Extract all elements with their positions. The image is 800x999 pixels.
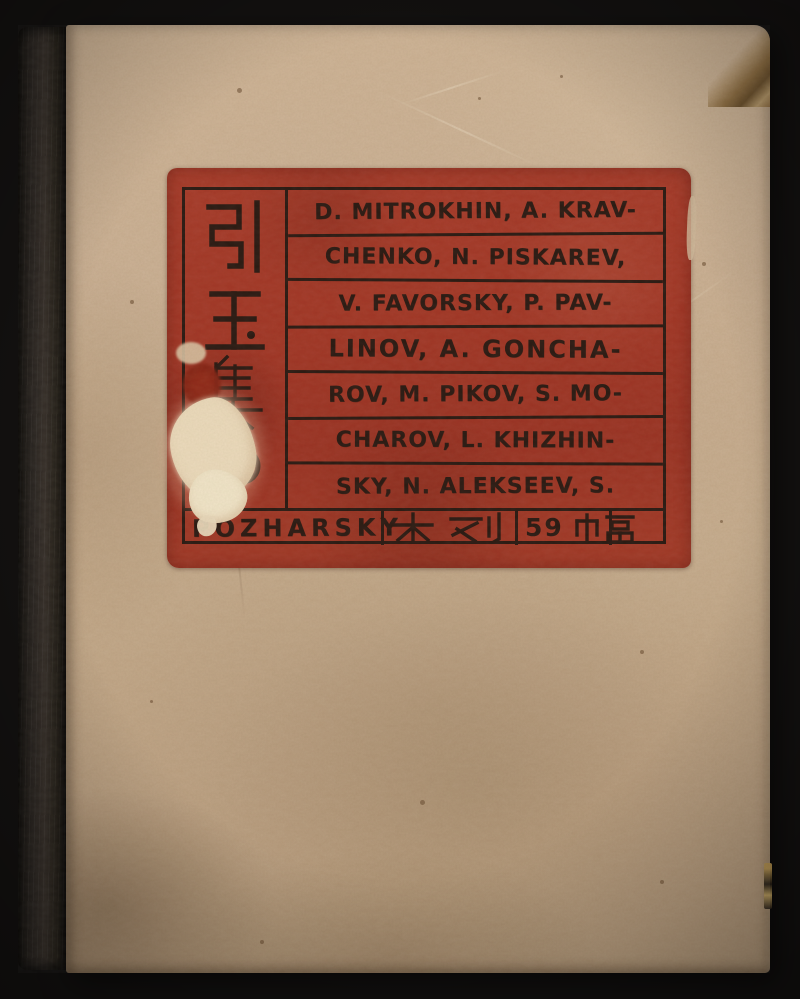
foxing-speck bbox=[660, 880, 664, 884]
artist-row: SKY, N. ALEKSEEV, S. bbox=[288, 464, 663, 508]
book: D. MITROKHIN, A. KRAV- CHENKO, N. PISKAR… bbox=[18, 25, 770, 973]
label-torn-edge bbox=[686, 196, 697, 260]
artist-row: V. FAVORSKY, P. PAV- bbox=[288, 281, 663, 328]
artist-row: D. MITROKHIN, A. KRAV- bbox=[288, 189, 663, 237]
crease-line bbox=[384, 93, 539, 167]
artist-row: CHAROV, L. KHIZHIN- bbox=[288, 419, 663, 466]
title-label: D. MITROKHIN, A. KRAV- CHENKO, N. PISKAR… bbox=[167, 168, 691, 568]
chinese-char-yin bbox=[199, 198, 267, 276]
foxing-speck bbox=[702, 262, 706, 266]
foxing-speck bbox=[420, 800, 425, 805]
edge-chip bbox=[764, 863, 772, 909]
pozharsky-text: POZHARSKY bbox=[192, 513, 403, 542]
divider-line bbox=[381, 510, 384, 545]
foxing-speck bbox=[720, 520, 723, 523]
chinese-woodcut-label bbox=[391, 512, 507, 544]
chinese-title-column bbox=[185, 190, 288, 508]
label-frame: D. MITROKHIN, A. KRAV- CHENKO, N. PISKAR… bbox=[182, 187, 666, 544]
foxing-speck bbox=[237, 88, 242, 93]
divider-line bbox=[515, 510, 518, 545]
artist-row: ROV, M. PIKOV, S. MO- bbox=[288, 372, 663, 420]
artist-list: D. MITROKHIN, A. KRAV- CHENKO, N. PISKAR… bbox=[288, 190, 663, 508]
book-spine bbox=[18, 27, 66, 970]
foxing-speck bbox=[560, 75, 563, 78]
circular-mark bbox=[219, 444, 265, 490]
chinese-counter-word bbox=[571, 512, 637, 544]
book-cover: D. MITROKHIN, A. KRAV- CHENKO, N. PISKAR… bbox=[66, 25, 770, 973]
foxing-speck bbox=[640, 650, 644, 654]
corner-wear-mark bbox=[708, 25, 770, 107]
foxing-speck bbox=[150, 700, 153, 703]
print-count: 59 bbox=[525, 513, 564, 542]
foxing-speck bbox=[130, 300, 134, 304]
chinese-char-yu bbox=[201, 282, 267, 356]
artist-row: CHENKO, N. PISKAREV, bbox=[288, 235, 663, 283]
crease-line bbox=[398, 70, 503, 106]
foxing-speck bbox=[260, 940, 264, 944]
chinese-char-ji bbox=[199, 354, 267, 436]
photo-backdrop: D. MITROKHIN, A. KRAV- CHENKO, N. PISKAR… bbox=[0, 0, 800, 999]
bottom-row: POZHARSKY bbox=[185, 508, 663, 544]
foxing-speck bbox=[478, 97, 481, 100]
artist-row: LINOV, A. GONCHA- bbox=[288, 327, 663, 375]
